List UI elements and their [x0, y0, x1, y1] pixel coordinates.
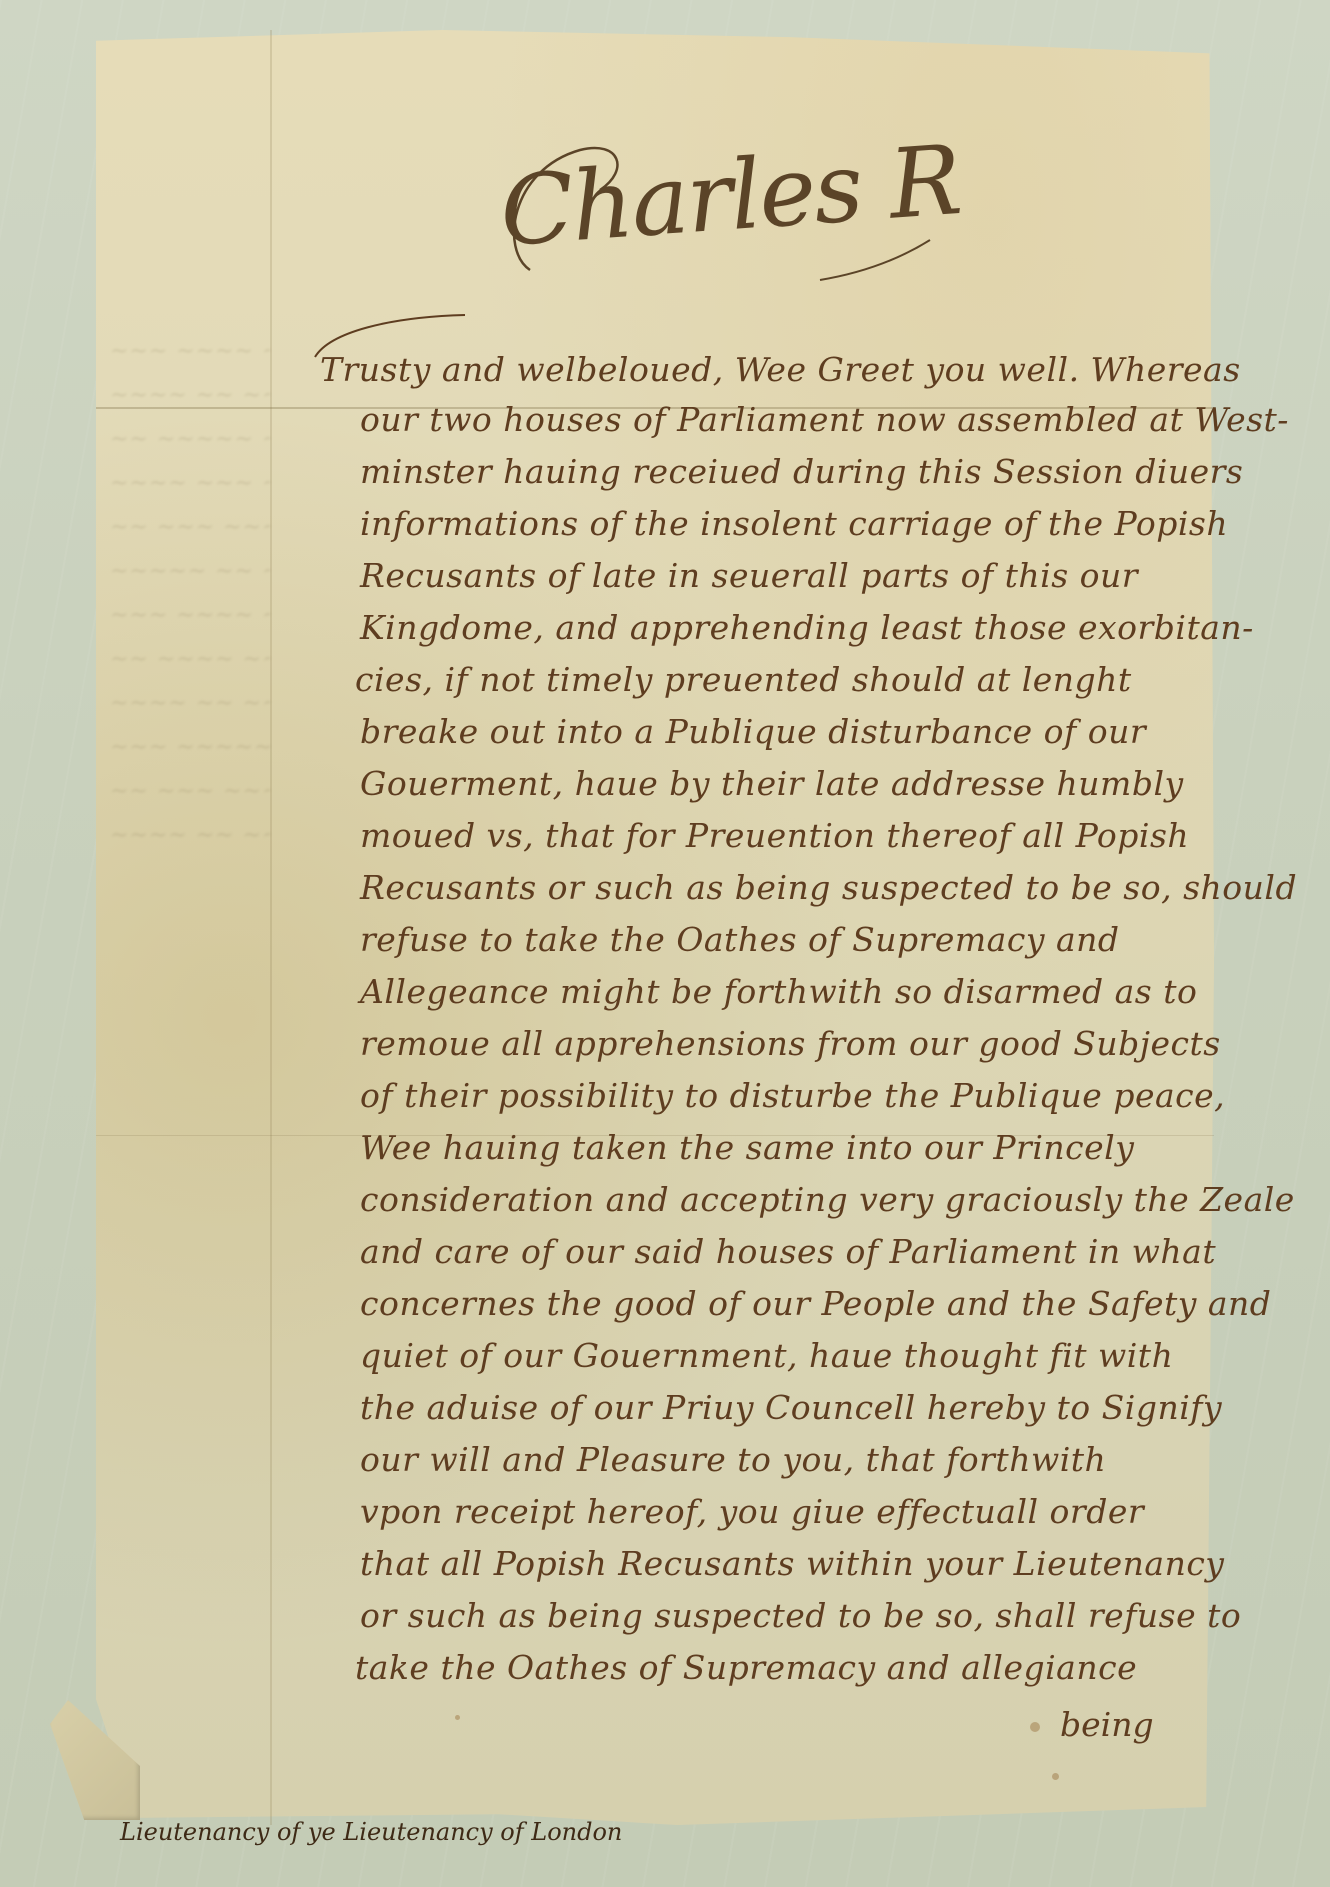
letter-line: of their possibility to disturbe the Pub… [360, 1076, 1225, 1115]
ink-spot [1030, 1722, 1040, 1732]
letter-line: quiet of our Gouernment, haue thought fi… [360, 1336, 1173, 1375]
letter-line: Wee hauing taken the same into our Princ… [360, 1128, 1134, 1167]
show-through-text: ~~~ ~~~~ ~~ ~~~~ ~~ ~~~ ~~ ~~~~~ ~~ ~~~~… [110, 330, 270, 858]
letter-line: Recusants or such as being suspected to … [360, 868, 1297, 907]
letter-line: consideration and accepting very graciou… [360, 1180, 1295, 1219]
letter-line: our two houses of Parliament now assembl… [360, 400, 1289, 439]
letter-line: moued vs, that for Preuention thereof al… [360, 816, 1189, 855]
letter-line: and care of our said houses of Parliamen… [360, 1232, 1216, 1271]
letter-line: cies, if not timely preuented should at … [355, 660, 1132, 699]
paper-fold-vertical [270, 30, 272, 1825]
catchword: being [1060, 1705, 1154, 1744]
letter-line: that all Popish Recusants within your Li… [360, 1544, 1224, 1583]
letter-line: Gouerment, haue by their late addresse h… [360, 764, 1184, 803]
letter-line: informations of the insolent carriage of… [360, 504, 1228, 543]
letter-line: our will and Pleasure to you, that forth… [360, 1440, 1106, 1479]
letter-line: concernes the good of our People and the… [360, 1284, 1271, 1323]
letter-line: the aduise of our Priuy Councell hereby … [360, 1388, 1222, 1427]
letter-line: take the Oathes of Supremacy and allegia… [355, 1648, 1137, 1687]
letter-line: or such as being suspected to be so, sha… [360, 1596, 1241, 1635]
ink-spot [1052, 1773, 1059, 1780]
letter-line: Trusty and welbeloued, Wee Greet you wel… [320, 350, 1241, 389]
endorsement-note: Lieutenancy of ye Lieutenancy of London [120, 1818, 622, 1846]
letter-line: Recusants of late in seuerall parts of t… [360, 556, 1138, 595]
letter-line: Allegeance might be forthwith so disarme… [360, 972, 1197, 1011]
ink-spot [455, 1715, 460, 1720]
letter-line: vpon receipt hereof, you giue effectuall… [360, 1492, 1144, 1531]
letter-line: remoue all apprehensions from our good S… [360, 1024, 1221, 1063]
letter-line: refuse to take the Oathes of Supremacy a… [360, 920, 1120, 959]
letter-line: breake out into a Publique disturbance o… [360, 712, 1146, 751]
letter-line: Kingdome, and apprehending least those e… [360, 608, 1254, 647]
letter-line: minster hauing receiued during this Sess… [360, 452, 1243, 491]
